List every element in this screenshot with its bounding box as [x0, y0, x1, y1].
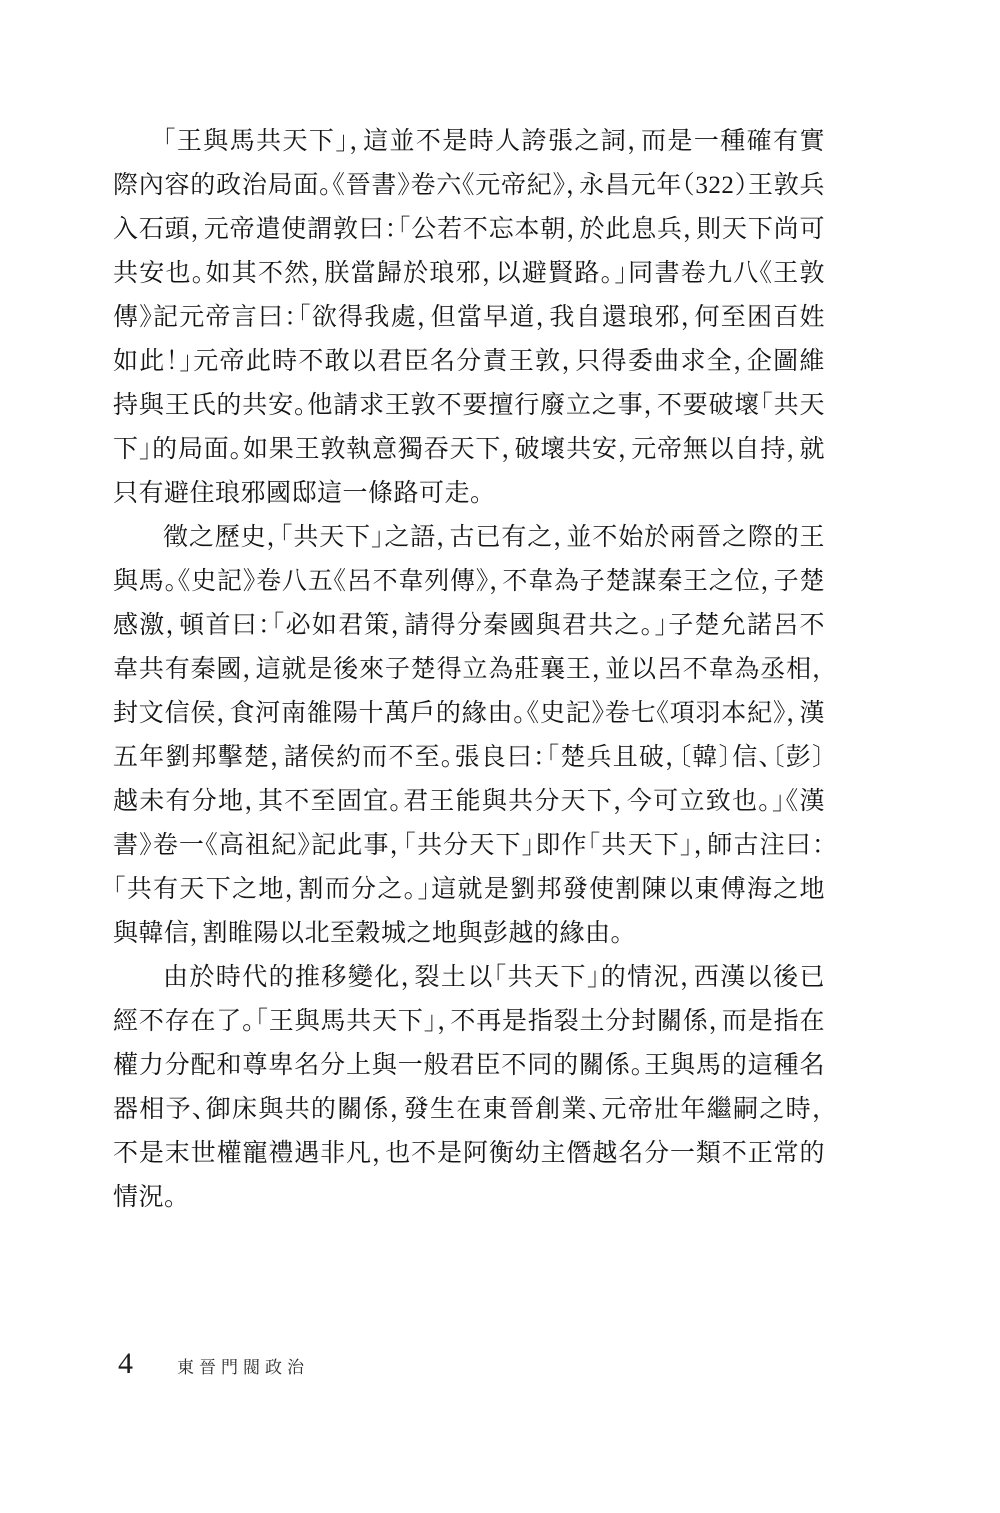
body-paragraph-1: 「王與馬共天下」，這並不是時人誇張之詞，而是一種確有實際內容的政治局面。《晉書》…	[113, 120, 825, 516]
body-paragraph-2: 徵之歷史，「共天下」之語，古已有之，並不始於兩晉之際的王與馬。《史記》卷八五《呂…	[113, 516, 825, 956]
page-footer: 4東晉門閥政治	[118, 1346, 830, 1386]
body-text-block: 「王與馬共天下」，這並不是時人誇張之詞，而是一種確有實際內容的政治局面。《晉書》…	[113, 120, 825, 1220]
running-title: 東晉門閥政治	[177, 1350, 309, 1386]
page-number: 4	[118, 1346, 133, 1382]
body-paragraph-3: 由於時代的推移變化，裂土以「共天下」的情況，西漢以後已經不存在了。「王與馬共天下…	[113, 956, 825, 1220]
book-page: 「王與馬共天下」，這並不是時人誇張之詞，而是一種確有實際內容的政治局面。《晉書》…	[0, 0, 1000, 1513]
